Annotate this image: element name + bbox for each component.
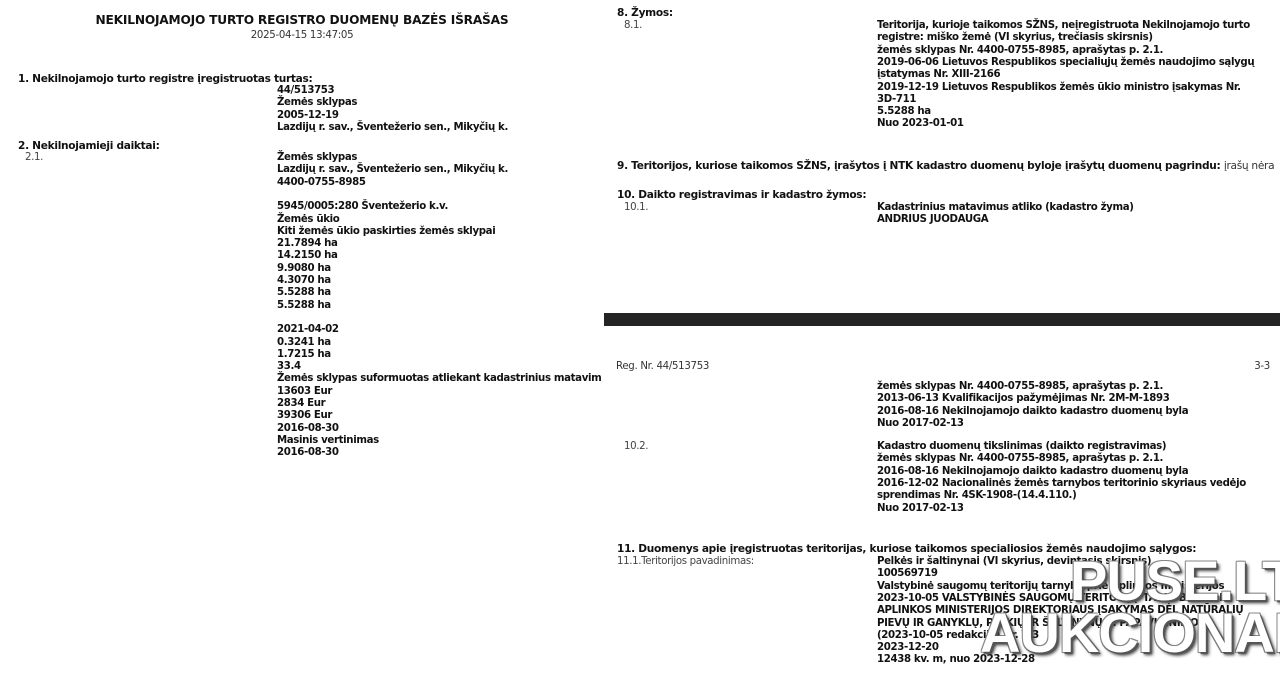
field-value: 2005-12-19	[277, 110, 339, 122]
field-value: 3D-711	[877, 94, 916, 106]
field-value: įstatymas Nr. XIII-2166	[877, 69, 1000, 81]
field-value: Žemės sklypas suformuotas atliekant kada…	[277, 373, 601, 385]
field-value: 5.5288 ha	[877, 106, 931, 118]
field-value: žemės sklypas Nr. 4400-0755-8985, aprašy…	[877, 45, 1163, 57]
field-value: žemės sklypas Nr. 4400-0755-8985, aprašy…	[877, 453, 1163, 465]
document-page-2: 8. Žymos: 8.1. Teritorija, kurioje taiko…	[604, 0, 1280, 313]
document-timestamp: 2025-04-15 13:47:05	[0, 30, 604, 41]
field-value: registre: miško žemė (VI skyrius, trečia…	[877, 32, 1153, 44]
field-value: Nuo 2017-02-13	[877, 418, 964, 430]
item-number: 10.1.	[624, 202, 648, 214]
document-title: NEKILNOJAMOJO TURTO REGISTRO DUOMENŲ BAZ…	[0, 13, 604, 27]
section-9-heading: 9. Teritorijos, kuriose taikomos SŽNS, į…	[617, 160, 1274, 172]
field-value: Kadastrinius matavimus atliko (kadastro …	[877, 202, 1134, 214]
field-value: sprendimas Nr. 4SK-1908-(14.4.110.)	[877, 490, 1076, 502]
section-1-heading: 1. Nekilnojamojo turto registre įregistr…	[18, 73, 312, 85]
page-number: 3-3	[1254, 361, 1270, 372]
field-value: Teritorija, kurioje taikomos SŽNS, neįre…	[877, 20, 1250, 32]
field-value: Lazdijų r. sav., Šventežerio sen., Mikyč…	[277, 164, 508, 176]
item-number: 8.1.	[624, 20, 642, 32]
field-value: 14.2150 ha	[277, 250, 338, 262]
field-value: Žemės sklypas	[277, 152, 357, 164]
field-value: žemės sklypas Nr. 4400-0755-8985, aprašy…	[877, 381, 1163, 393]
field-value: Nuo 2023-01-01	[877, 118, 964, 130]
field-value: 2019-06-06 Lietuvos Respublikos speciali…	[877, 57, 1254, 69]
field-value: Kadastro duomenų tikslinimas (daikto reg…	[877, 441, 1166, 453]
field-value: Žemės ūkio	[277, 214, 339, 226]
field-value: 33.4	[277, 361, 301, 373]
field-value: 0.3241 ha	[277, 337, 331, 349]
field-value: 2834 Eur	[277, 398, 325, 410]
section-10-heading: 10. Daikto registravimas ir kadastro žym…	[617, 189, 866, 201]
watermark-line-2: AUKCIONAI	[980, 605, 1280, 661]
field-value: Žemės sklypas	[277, 97, 357, 109]
field-value: 21.7894 ha	[277, 238, 338, 250]
section-9-heading-text: 9. Teritorijos, kuriose taikomos SŽNS, į…	[617, 160, 1220, 172]
page-header-reg-nr: Reg. Nr. 44/513753	[616, 361, 709, 372]
field-value: Nuo 2017-02-13	[877, 503, 964, 515]
field-value: 2016-08-30	[277, 423, 339, 435]
field-value: 2016-08-16 Nekilnojamojo daikto kadastro…	[877, 466, 1188, 478]
field-value: 13603 Eur	[277, 386, 332, 398]
section-9-value: įrašų nėra	[1224, 160, 1274, 172]
document-page-1: NEKILNOJAMOJO TURTO REGISTRO DUOMENŲ BAZ…	[0, 0, 604, 682]
field-value: 9.9080 ha	[277, 263, 331, 275]
section-8-heading: 8. Žymos:	[617, 7, 673, 19]
field-value: 4400-0755-8985	[277, 177, 366, 189]
field-value: 2021-04-02	[277, 324, 339, 336]
field-value: 5.5288 ha	[277, 287, 331, 299]
field-value: Lazdijų r. sav., Šventežerio sen., Mikyč…	[277, 122, 508, 134]
item-number: 2.1.	[25, 152, 43, 164]
field-value: 2016-08-16 Nekilnojamojo daikto kadastro…	[877, 406, 1188, 418]
item-11-1-label: 11.1.Teritorijos pavadinimas:	[617, 556, 754, 568]
field-value: 44/513753	[277, 85, 334, 97]
field-value: 39306 Eur	[277, 410, 332, 422]
item-number: 10.2.	[624, 441, 648, 453]
field-value: 2016-12-02 Nacionalinės žemės tarnybos t…	[877, 478, 1246, 490]
field-value: Kiti žemės ūkio paskirties žemės sklypai	[277, 226, 495, 238]
field-value: 5.5288 ha	[277, 300, 331, 312]
field-value: Masinis vertinimas	[277, 435, 379, 447]
field-value: 1.7215 ha	[277, 349, 331, 361]
field-value: ANDRIUS JUODAUGA	[877, 214, 988, 226]
section-2-heading: 2. Nekilnojamieji daiktai:	[18, 140, 160, 152]
field-value: 5945/0005:280 Šventežerio k.v.	[277, 201, 448, 213]
field-value: 2019-12-19 Lietuvos Respublikos žemės ūk…	[877, 82, 1241, 94]
page-separator	[604, 313, 1280, 326]
field-value: 2013-06-13 Kvalifikacijos pažymėjimas Nr…	[877, 393, 1170, 405]
field-value: 100569719	[877, 568, 938, 580]
field-value: 2016-08-30	[277, 447, 339, 459]
field-value: 2023-12-20	[877, 642, 939, 654]
field-value: 4.3070 ha	[277, 275, 331, 287]
